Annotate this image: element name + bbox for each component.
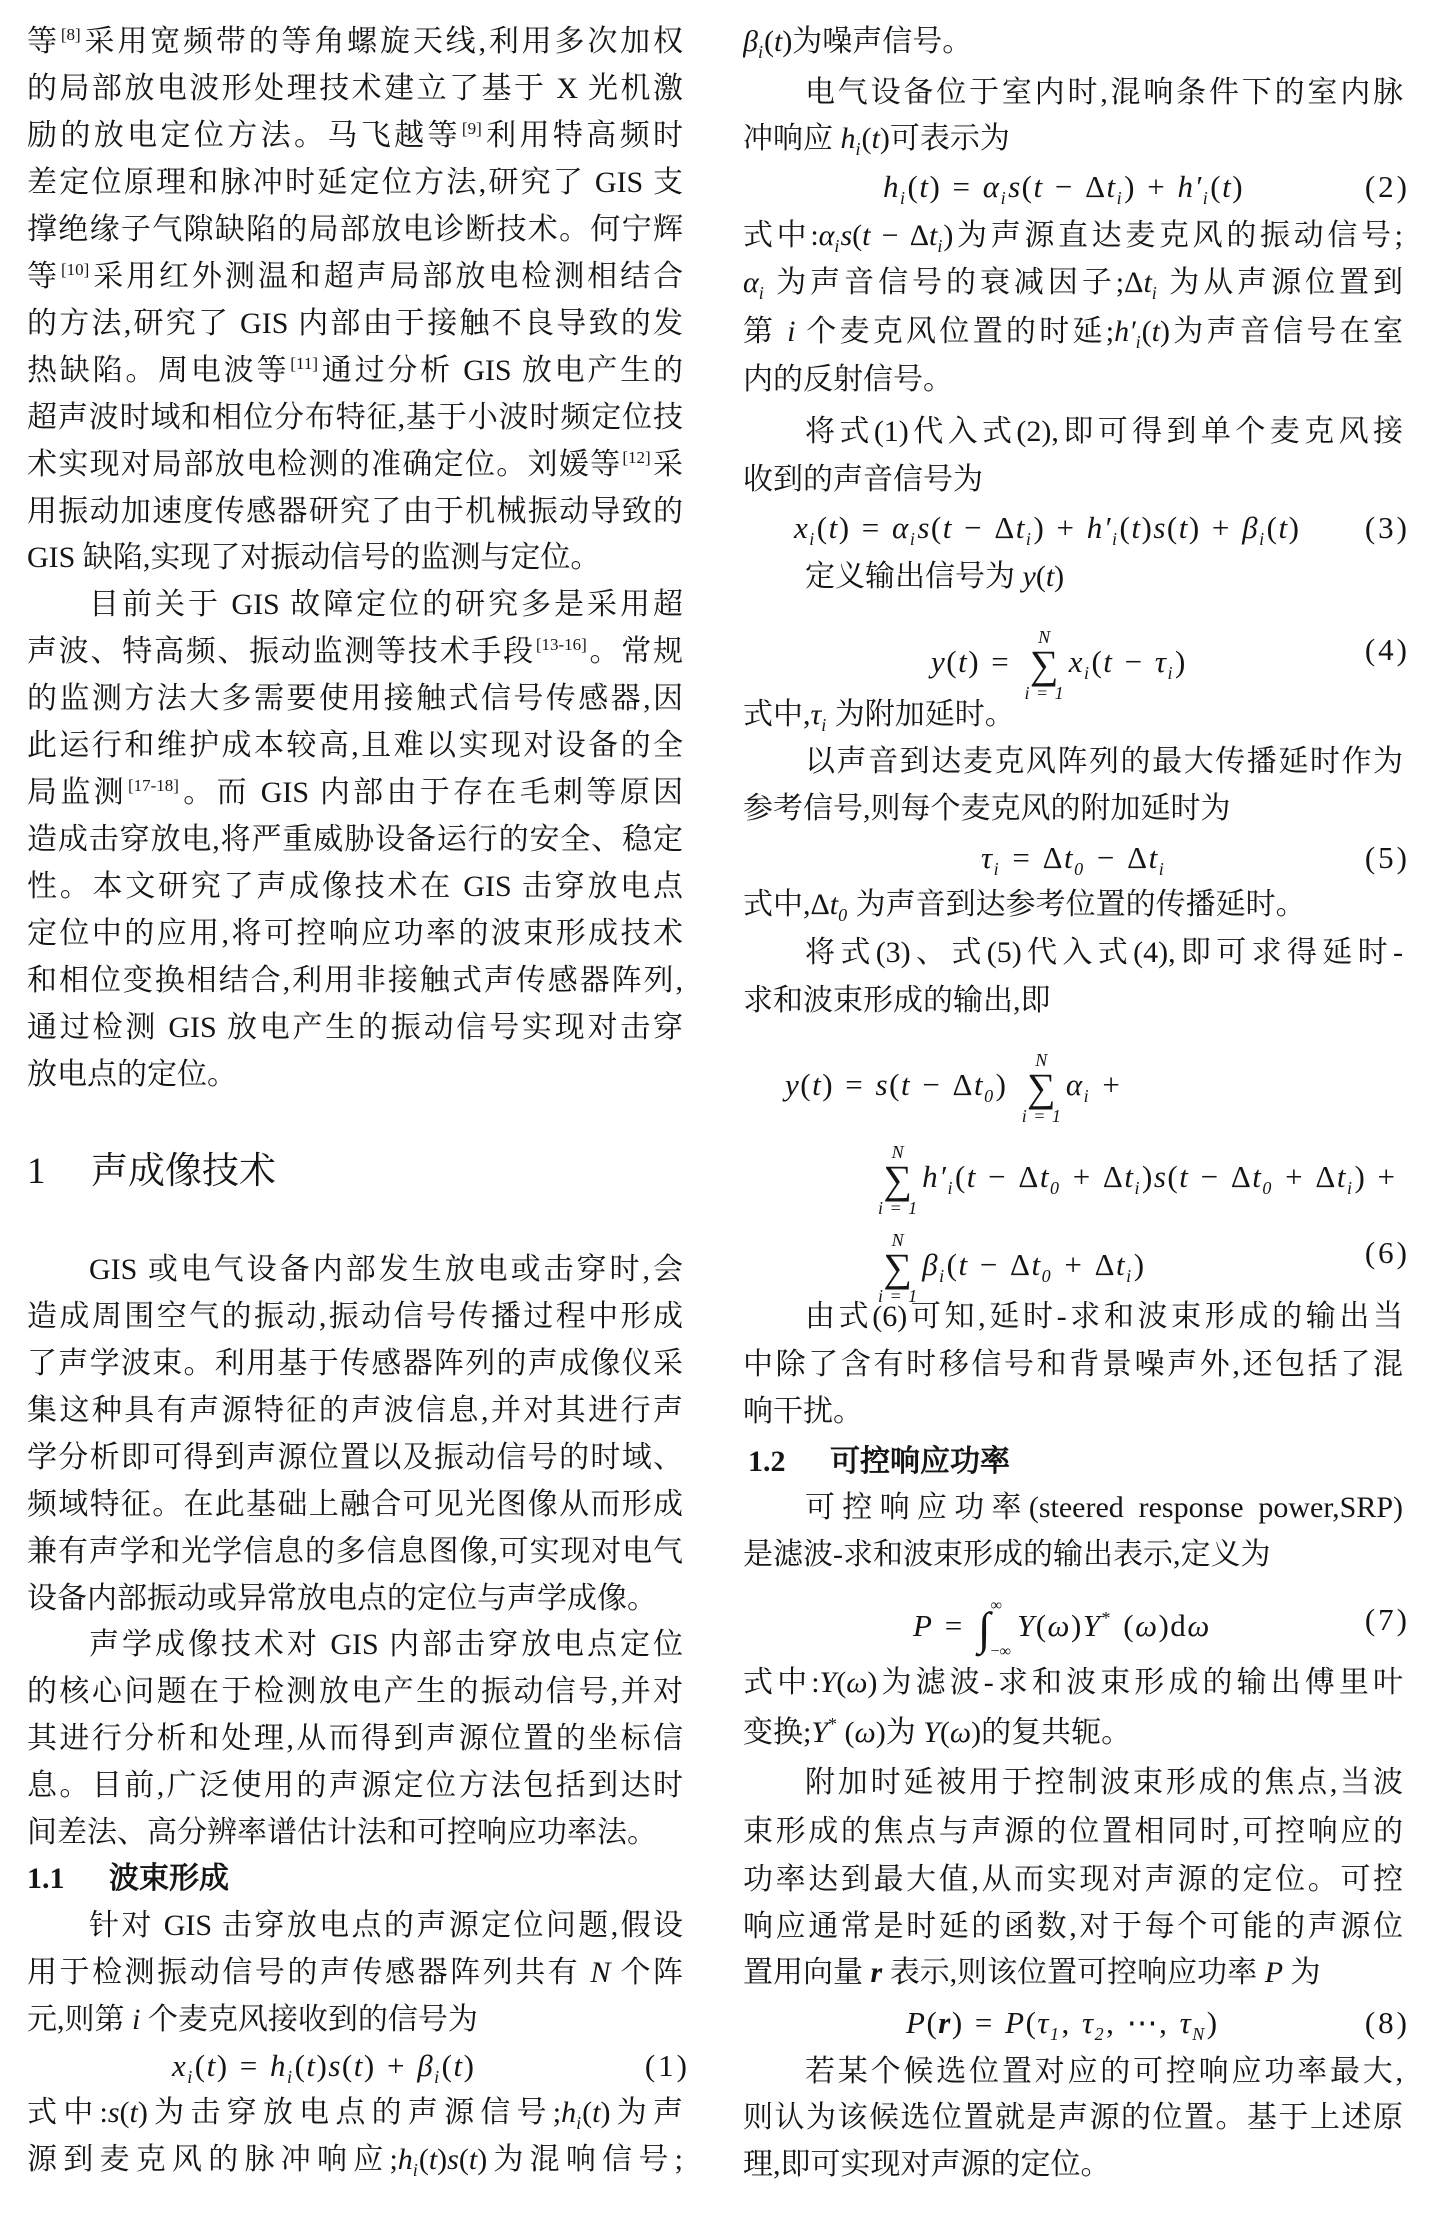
math-variable: t — [1278, 510, 1288, 545]
math-variable: α — [983, 169, 1001, 204]
text-line: 功率达到最大值,从而实现对声源的定位。可控 — [743, 1857, 1403, 1903]
math-subscript: 0 — [1042, 1266, 1053, 1286]
text-line: 的核心问题在于检测放电产生的振动信号,并对 — [27, 1669, 683, 1715]
text-line: 声波、特高频、振动监测等技术手段[13-16]。常规 — [27, 629, 683, 675]
text-line: 息。目前,广泛使用的声源定位方法包括到达时 — [27, 1763, 683, 1809]
math-subscript: 0 — [838, 905, 847, 925]
math-variable: t — [1179, 510, 1189, 545]
subsection-heading-1-2: 1.2可控响应功率 — [748, 1439, 1403, 1485]
equation-number: (3) — [1365, 505, 1410, 551]
subsection-number: 1.2 — [748, 1439, 830, 1485]
math-variable: t — [1103, 644, 1113, 679]
text-line: 定位中的应用,将可控响应功率的波束形成技术 — [27, 911, 683, 957]
math-subscript: i — [187, 2067, 194, 2087]
math-subscript: i — [834, 236, 839, 256]
text-line: 术实现对局部放电检测的准确定位。刘媛等[12]采 — [27, 442, 683, 488]
math-variable: τ — [1082, 2005, 1095, 2040]
right-column: βi(t)为噪声信号。 电气设备位于室内时,混响条件下的室内脉 冲响应 hi(t… — [743, 0, 1403, 2222]
text-line: 响干扰。 — [743, 1389, 1403, 1435]
math-variable: P — [906, 2005, 926, 2040]
math-variable: β — [922, 1247, 939, 1282]
math-variable: x — [172, 2048, 187, 2083]
text-line: βi(t)为噪声信号。 — [743, 19, 1403, 65]
math-variable: ω — [1135, 1608, 1158, 1643]
text-line: 求和波束形成的输出,即 — [743, 978, 1403, 1024]
text-line: 中除了含有时移信号和背景噪声外,还包括了混 — [743, 1342, 1403, 1388]
math-subscript: i — [1126, 1266, 1133, 1286]
math-variable: t — [1116, 1247, 1126, 1282]
math-variable: t — [1040, 1159, 1050, 1194]
equation-4: y(t) = N∑i = 1xi(t − τi) (4) — [743, 627, 1403, 673]
math-variable: α — [1066, 1067, 1084, 1102]
math-variable: ω — [950, 1716, 971, 1749]
text-line: 收到的声音信号为 — [743, 457, 1403, 503]
math-variable: y — [1023, 560, 1036, 593]
citation-superscript: [11] — [290, 354, 318, 373]
equation-number: (6) — [1365, 1230, 1410, 1276]
math-subscript: 0 — [1262, 1178, 1273, 1198]
math-variable: t — [592, 2096, 600, 2129]
math-subscript: i — [856, 139, 861, 159]
math-variable: s — [840, 219, 852, 252]
math-variable: t — [919, 169, 929, 204]
equation-6-line-3: N∑i = 1βi(t − Δt0 + Δti) (6) — [743, 1230, 1403, 1276]
text-line: 的监测方法大多需要使用接触式信号传感器,因 — [27, 676, 683, 722]
operator-symbol: ∑ — [1030, 647, 1059, 683]
section-title: 声成像技术 — [91, 1151, 276, 1192]
math-subscript: 2 — [1095, 2024, 1106, 2044]
math-variable: t — [1143, 266, 1151, 299]
math-variable: Y — [820, 1666, 837, 1699]
math-variable: P — [913, 1608, 933, 1643]
math-subscript: i — [809, 529, 816, 549]
math-subscript: i — [1203, 188, 1210, 208]
equation-number: (4) — [1365, 627, 1410, 673]
math-variable: s — [917, 510, 931, 545]
text-line: 兼有声学和光学信息的多信息图像,可实现对电气 — [27, 1529, 683, 1575]
text-line: 是滤波-求和波束形成的输出表示,定义为 — [743, 1532, 1403, 1578]
math-variable: s — [1154, 1159, 1168, 1194]
math-subscript: i — [910, 529, 917, 549]
math-variable: t — [1337, 1159, 1347, 1194]
math-variable: t — [1152, 315, 1160, 348]
math-variable: t — [829, 510, 839, 545]
text-line: 束形成的焦点与声源的位置相同时,可控响应的 — [743, 1809, 1403, 1855]
math-variable: t — [1179, 1159, 1189, 1194]
equation-number: (8) — [1365, 2000, 1410, 2046]
math-subscript: i — [821, 715, 826, 735]
math-variable: h — [398, 2143, 413, 2176]
text-line: 性。本文研究了声成像技术在 GIS 击穿放电点 — [27, 864, 683, 910]
math-subscript: i — [758, 42, 763, 62]
math-vector: r — [871, 1956, 883, 1989]
math-subscript: i — [937, 236, 942, 256]
citation-superscript: [13-16] — [536, 635, 587, 654]
text-line: 响应通常是时延的函数,对于每个可能的声源位 — [743, 1904, 1403, 1950]
equation-3: xi(t) = αis(t − Δti) + h′i(t)s(t) + βi(t… — [743, 505, 1403, 551]
text-line: 定义输出信号为 y(t) — [743, 554, 1403, 600]
math-variable: Y — [1017, 1608, 1036, 1643]
equation-1: xi(t) = hi(t)s(t) + βi(t) (1) — [27, 2043, 683, 2089]
text-line: 集这种具有声源特征的声波信息,并对其进行声 — [27, 1388, 683, 1434]
text-line: 和相位变换相结合,利用非接触式声传感器阵列, — [27, 958, 683, 1004]
operator-upper-limit: ∞ — [991, 1597, 1011, 1615]
math-variable: i — [132, 2003, 140, 2036]
equation-8: P(r) = P(τ1, τ2, ⋯, τN) (8) — [743, 2000, 1403, 2046]
math-variable: s — [1153, 510, 1167, 545]
text-line: 设备内部振动或异常放电点的定位与声学成像。 — [27, 1576, 683, 1622]
math-variable: Y — [811, 1716, 828, 1749]
section-heading-1: 1声成像技术 — [27, 1149, 683, 1195]
text-line: 若某个候选位置对应的可控响应功率最大, — [743, 2049, 1403, 2095]
text-line: 冲响应 hi(t)可表示为 — [743, 116, 1403, 162]
math-variable: Y — [923, 1716, 940, 1749]
math-variable: h — [561, 2096, 576, 2129]
text-line: 式中:Y(ω)为滤波-求和波束形成的输出傅里叶 — [743, 1660, 1403, 1706]
math-variable: t — [354, 2048, 364, 2083]
math-variable: t — [1131, 510, 1141, 545]
text-line: 的方法,研究了 GIS 内部由于接触不良导致的发 — [27, 301, 683, 347]
summation-operator: N∑i = 1 — [1022, 1050, 1061, 1126]
math-subscript: 0 — [984, 1086, 995, 1106]
text-line: 变换;Y* (ω)为 Y(ω)的复共轭。 — [743, 1710, 1403, 1756]
citation-superscript: [17-18] — [128, 776, 179, 795]
text-line: 元,则第 i 个麦克风接收到的信号为 — [27, 1997, 683, 2043]
text-line: 置用向量 r 表示,则该位置可控响应功率 P 为 — [743, 1950, 1403, 1996]
operator-symbol: ∑ — [1027, 1070, 1056, 1106]
math-variable: x — [794, 510, 809, 545]
text-line: 其进行分析和处理,从而得到声源位置的坐标信 — [27, 1716, 683, 1762]
text-line: αi 为声音信号的衰减因子;Δti 为从声源位置到 — [743, 260, 1403, 306]
text-line: 超声波时域和相位分布特征,基于小波时频定位技 — [27, 395, 683, 441]
math-variable: t — [974, 1067, 984, 1102]
text-line: 式中,Δt0 为声音到达参考位置的传播延时。 — [743, 882, 1403, 928]
math-variable: P — [1265, 1956, 1283, 1989]
text-line: 声学成像技术对 GIS 内部击穿放电点定位 — [27, 1622, 683, 1668]
text-line: 由式(6)可知,延时-求和波束形成的输出当 — [743, 1294, 1403, 1340]
math-subscript: i — [1152, 283, 1157, 303]
text-line: 附加时延被用于控制波束形成的焦点,当波 — [743, 1760, 1403, 1806]
math-subscript: i — [1347, 1178, 1354, 1198]
section-number: 1 — [27, 1149, 91, 1195]
math-variable: t — [812, 1067, 822, 1102]
text-line: 将式(3)、式(5)代入式(4),即可求得延时- — [743, 930, 1403, 976]
math-variable: t — [1033, 169, 1043, 204]
text-line: 等[8]采用宽频带的等角螺旋天线,利用多次加权 — [27, 19, 683, 65]
equation-number: (2) — [1365, 164, 1410, 210]
left-column: 等[8]采用宽频带的等角螺旋天线,利用多次加权 的局部放电波形处理技术建立了基于… — [27, 0, 683, 2222]
math-subscript: N — [1192, 2024, 1206, 2044]
math-variable: s — [447, 2143, 459, 2176]
text-line: 等[10]采用红外测温和超声局部放电检测相结合 — [27, 254, 683, 300]
operator-lower-limit: i = 1 — [1022, 1106, 1061, 1126]
math-variable: t — [830, 888, 838, 921]
math-subscript: i — [434, 2067, 441, 2087]
text-line: 第 i 个麦克风位置的时延;h′i(t)为声音信号在室 — [743, 309, 1403, 355]
text-line: GIS 或电气设备内部发生放电或击穿时,会 — [27, 1247, 683, 1293]
math-subscript: i — [994, 859, 1001, 879]
text-line: 理,即可实现对声源的定位。 — [743, 2142, 1403, 2188]
math-variable: α — [743, 266, 759, 299]
text-line: 差定位原理和脉冲时延定位方法,研究了 GIS 支 — [27, 160, 683, 206]
math-variable: α — [819, 219, 835, 252]
text-line: GIS 缺陷,实现了对振动信号的监测与定位。 — [27, 535, 683, 581]
operator-lower-limit: −∞ — [991, 1643, 1011, 1661]
math-variable: β — [1242, 510, 1259, 545]
math-variable: s — [328, 2048, 342, 2083]
math-variable: h′ — [1087, 510, 1112, 545]
citation-superscript: [8] — [61, 25, 81, 44]
math-variable: s — [108, 2096, 120, 2129]
text-line: 源到麦克风的脉冲响应;hi(t)s(t)为混响信号; — [27, 2137, 683, 2183]
math-variable: x — [1069, 644, 1084, 679]
math-variable: h — [270, 2048, 287, 2083]
math-variable: s — [1008, 169, 1022, 204]
text-line: 式中,τi 为附加延时。 — [743, 692, 1403, 738]
math-variable: τ — [1037, 2005, 1050, 2040]
equation-number: (1) — [645, 2043, 690, 2089]
text-line: 学分析即可得到声源位置以及振动信号的时域、 — [27, 1435, 683, 1481]
subsection-title: 波束形成 — [109, 1861, 229, 1896]
equation-expression: P = ∞∫−∞Y(ω)Y* (ω)dω — [913, 1597, 1211, 1661]
operator-symbol: ∫ — [978, 1597, 991, 1661]
math-subscript: i — [1084, 663, 1091, 683]
text-line: 将式(1)代入式(2),即可得到单个麦克风接 — [743, 409, 1403, 455]
math-variable: s — [876, 1067, 890, 1102]
math-variable: ω — [846, 1666, 867, 1699]
text-line: 局监测[17-18]。而 GIS 内部由于存在毛刺等原因 — [27, 770, 683, 816]
math-variable: τ — [1155, 644, 1168, 679]
equation-6-line-2: N∑i = 1h′i(t − Δt0 + Δti)s(t − Δt0 + Δti… — [743, 1142, 1403, 1188]
math-variable: t — [901, 1067, 911, 1102]
math-variable: t — [958, 644, 968, 679]
math-subscript: i — [1117, 188, 1124, 208]
math-subscript: i — [1135, 1178, 1142, 1198]
text-line: 间差法、高分辨率谱估计法和可控响应功率法。 — [27, 1810, 683, 1856]
text-line: 放电点的定位。 — [27, 1052, 683, 1098]
math-variable: t — [1252, 1159, 1262, 1194]
math-subscript: 0 — [1074, 859, 1085, 879]
text-line: 的局部放电波形处理技术建立了基于 X 光机激 — [27, 66, 683, 112]
math-variable: y — [785, 1067, 800, 1102]
text-line: 式中:s(t)为击穿放电点的声源信号;hi(t)为声 — [27, 2090, 683, 2136]
math-variable: t — [1016, 510, 1026, 545]
summation-operator: N∑i = 1 — [878, 1142, 917, 1218]
equation-expression: y(t) = s(t − Δt0) N∑i = 1αi + — [785, 1050, 1121, 1126]
math-vector: r — [938, 2005, 952, 2040]
math-variable: N — [590, 1956, 610, 1989]
operator-lower-limit: i = 1 — [878, 1198, 917, 1218]
text-line: 频域特征。在此基础上融合可见光图像从而形成 — [27, 1482, 683, 1528]
text-line: 通过检测 GIS 放电产生的振动信号实现对击穿 — [27, 1005, 683, 1051]
math-variable: τ — [811, 698, 822, 731]
text-line: 用于检测振动信号的声传感器阵列共有 N 个阵 — [27, 1950, 683, 1996]
math-variable: t — [1032, 1247, 1042, 1282]
math-variable: t — [1124, 1159, 1134, 1194]
equation-expression: N∑i = 1h′i(t − Δt0 + Δti)s(t − Δt0 + Δti… — [875, 1142, 1397, 1218]
math-variable: ω — [1048, 1608, 1071, 1643]
math-variable: t — [1149, 840, 1159, 875]
text-line: 了声学波束。利用基于传感器阵列的声成像仪采 — [27, 1341, 683, 1387]
math-variable: P — [1005, 2005, 1025, 2040]
text-line: 参考信号,则每个麦克风的附加延时为 — [743, 786, 1403, 832]
math-variable: h′ — [1114, 315, 1136, 348]
text-line: 则认为该候选位置就是声源的位置。基于上述原 — [743, 2095, 1403, 2141]
math-variable: Y — [1083, 1608, 1102, 1643]
math-variable: ω — [855, 1716, 876, 1749]
math-variable: h′ — [1177, 169, 1202, 204]
math-subscript: i — [759, 283, 764, 303]
math-subscript: i — [1001, 188, 1008, 208]
math-variable: h — [841, 122, 856, 155]
text-line: 此运行和维护成本较高,且难以实现对设备的全 — [27, 723, 683, 769]
math-superscript: * — [828, 1714, 837, 1734]
math-variable: t — [1046, 560, 1054, 593]
math-variable: τ — [981, 840, 994, 875]
text-line: 电气设备位于室内时,混响条件下的室内脉 — [743, 70, 1403, 116]
equation-5: τi = Δt0 − Δti (5) — [743, 835, 1403, 881]
math-variable: t — [774, 25, 782, 58]
equation-7: P = ∞∫−∞Y(ω)Y* (ω)dω (7) — [743, 1597, 1403, 1643]
math-variable: t — [872, 122, 880, 155]
math-variable: t — [306, 2048, 316, 2083]
math-subscript: i — [1112, 529, 1119, 549]
paper-page: 等[8]采用宽频带的等角螺旋天线,利用多次加权 的局部放电波形处理技术建立了基于… — [0, 0, 1438, 2222]
text-line: 用振动加速度传感器研究了由于机械振动导致的 — [27, 489, 683, 535]
text-line: 励的放电定位方法。马飞越等[9]利用特高频时 — [27, 113, 683, 159]
math-variable: t — [1064, 840, 1074, 875]
equation-6-line-1: y(t) = s(t − Δt0) N∑i = 1αi + — [743, 1050, 1403, 1096]
math-variable: t — [862, 219, 870, 252]
equation-2: hi(t) = αis(t − Δti) + h′i(t) (2) — [743, 164, 1403, 210]
math-variable: t — [943, 510, 953, 545]
equation-expression: xi(t) = hi(t)s(t) + βi(t) — [172, 2043, 475, 2089]
math-subscript: i — [1259, 529, 1266, 549]
subsection-title: 可控响应功率 — [830, 1444, 1010, 1479]
math-variable: t — [1107, 169, 1117, 204]
operator-symbol: ∑ — [883, 1250, 912, 1286]
equation-number: (5) — [1365, 835, 1410, 881]
equation-expression: τi = Δt0 − Δti — [981, 835, 1166, 881]
math-variable: β — [743, 25, 758, 58]
math-variable: t — [429, 2143, 437, 2176]
math-subscript: i — [1168, 663, 1175, 683]
text-line: 撑绝缘子气隙缺陷的局部放电诊断技术。何宁辉 — [27, 207, 683, 253]
math-subscript: 0 — [1050, 1178, 1061, 1198]
math-subscript: i — [413, 2160, 418, 2180]
integral-operator: ∞∫−∞ — [978, 1597, 1011, 1661]
math-variable: t — [469, 2143, 477, 2176]
text-line: 热缺陷。周电波等[11]通过分析 GIS 放电产生的 — [27, 348, 683, 394]
math-variable: t — [453, 2048, 463, 2083]
math-variable: t — [967, 1159, 977, 1194]
operator-symbol: ∑ — [883, 1162, 912, 1198]
math-subscript: i — [939, 1266, 946, 1286]
math-subscript: i — [900, 188, 907, 208]
equation-number: (7) — [1365, 1597, 1410, 1643]
math-variable: t — [958, 1247, 968, 1282]
math-variable: t — [207, 2048, 217, 2083]
equation-expression: P(r) = P(τ1, τ2, ⋯, τN) — [906, 2000, 1219, 2046]
text-line: 造成周围空气的振动,振动信号传播过程中形成 — [27, 1294, 683, 1340]
text-line: 以声音到达麦克风阵列的最大传播延时作为 — [743, 739, 1403, 785]
math-subscript: i — [576, 2113, 581, 2133]
text-line: 可控响应功率(steered response power,SRP) — [743, 1485, 1403, 1531]
math-variable: t — [130, 2096, 138, 2129]
math-subscript: 1 — [1050, 2024, 1061, 2044]
math-superscript: * — [1102, 1608, 1113, 1628]
math-variable: β — [417, 2048, 434, 2083]
math-variable: i — [787, 315, 795, 348]
citation-superscript: [10] — [61, 260, 89, 279]
math-subscript: i — [1026, 529, 1033, 549]
math-variable: y — [931, 644, 946, 679]
math-variable: t — [1222, 169, 1232, 204]
math-subscript: i — [1084, 1086, 1091, 1106]
math-variable: h — [883, 169, 900, 204]
equation-expression: xi(t) = αis(t − Δti) + h′i(t)s(t) + βi(t… — [794, 505, 1300, 551]
equation-expression: hi(t) = αis(t − Δti) + h′i(t) — [883, 164, 1244, 210]
citation-superscript: [9] — [462, 119, 482, 138]
math-subscript: i — [947, 1178, 954, 1198]
text-line: 目前关于 GIS 故障定位的研究多是采用超 — [27, 582, 683, 628]
text-line: 式中:αis(t − Δti)为声源直达麦克风的振动信号; — [743, 213, 1403, 259]
text-line: 针对 GIS 击穿放电点的声源定位问题,假设 — [27, 1903, 683, 1949]
math-variable: h′ — [922, 1159, 947, 1194]
subsection-number: 1.1 — [27, 1856, 109, 1902]
math-subscript: i — [287, 2067, 294, 2087]
text-line: 造成击穿放电,将严重威胁设备运行的安全、稳定 — [27, 817, 683, 863]
text-line: 内的反射信号。 — [743, 357, 1403, 403]
subsection-heading-1-1: 1.1波束形成 — [27, 1856, 683, 1902]
math-variable: α — [892, 510, 910, 545]
citation-superscript: [12] — [622, 448, 650, 467]
math-variable: τ — [1180, 2005, 1193, 2040]
math-variable: ω — [1187, 1608, 1210, 1643]
math-subscript: i — [1136, 332, 1141, 352]
math-subscript: i — [1159, 859, 1166, 879]
